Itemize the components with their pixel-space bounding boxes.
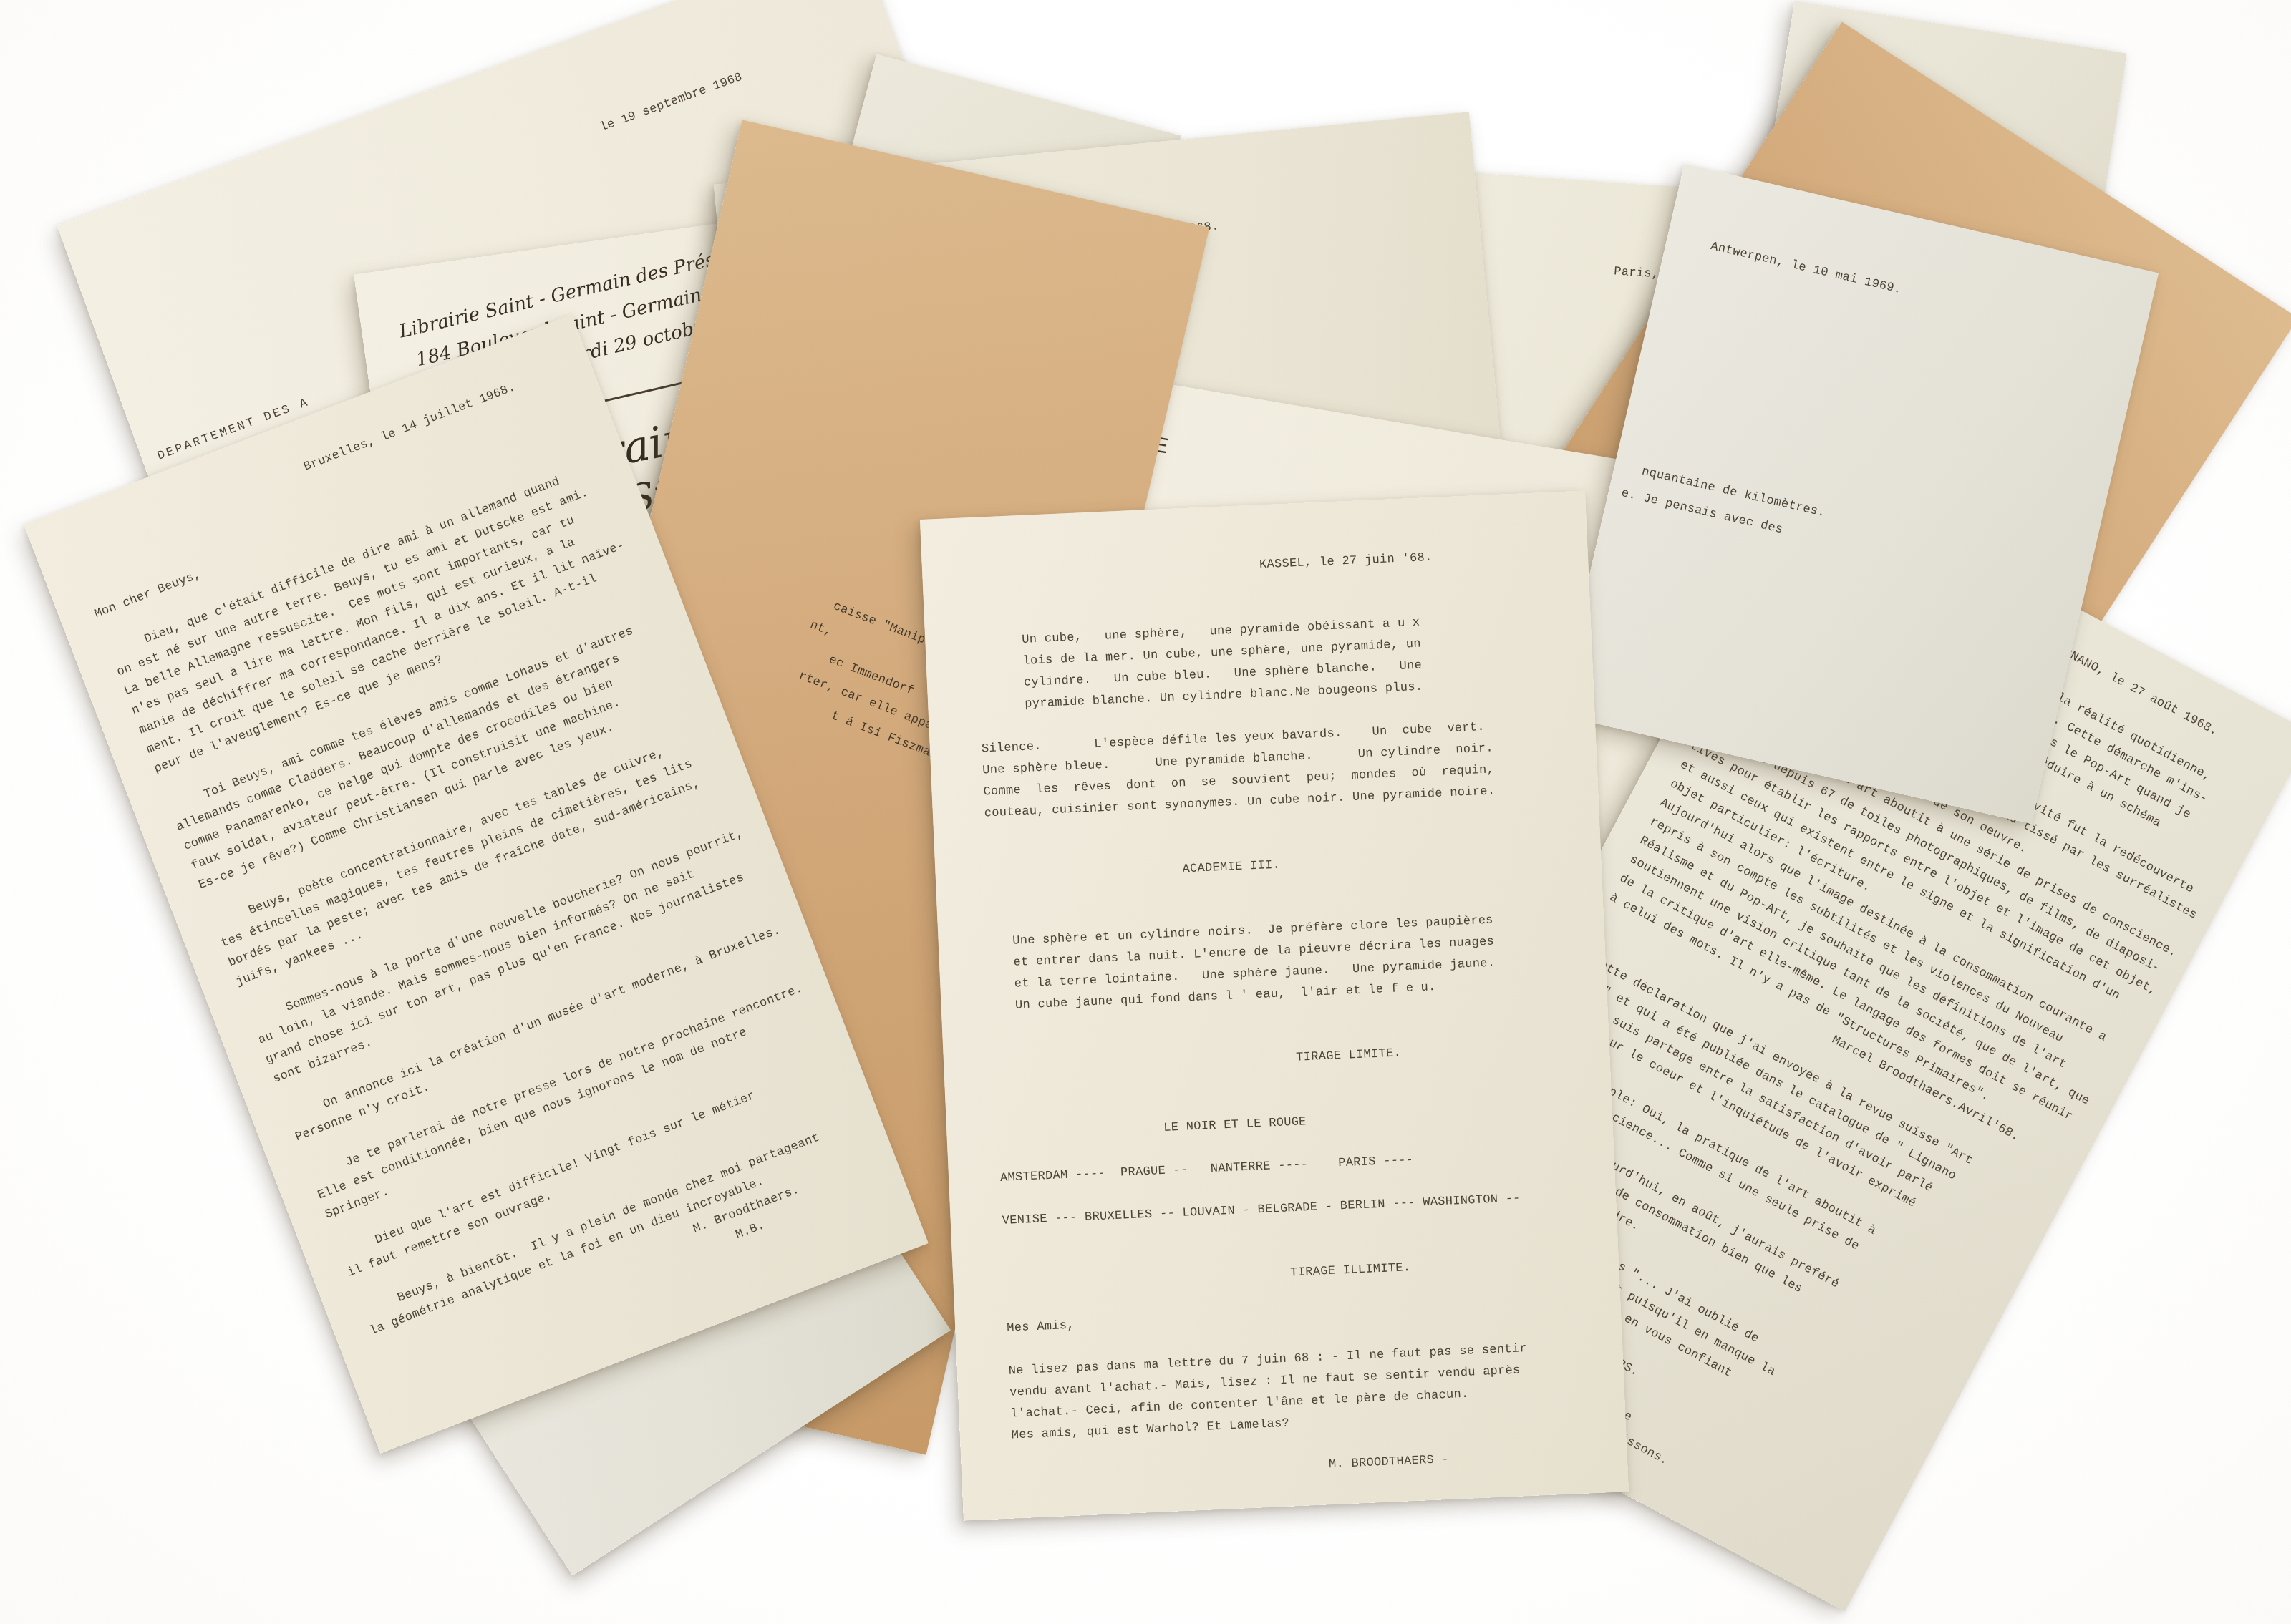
dept-letter-date: le 19 septembre 1968 (597, 67, 745, 138)
antwerpen-letter-date: Antwerpen, le 10 mai 1969. (1708, 236, 1904, 301)
photograph-of-letters: le 19 septembre 1968 DEPARTEMENT DES A .… (0, 0, 2291, 1624)
antwerpen-letter-lines: nquantaine de kilomètres.e. Je pensais a… (1619, 456, 1828, 552)
kassel-letter-lines: KASSEL, le 27 juin '68. Un cube, une sph… (974, 541, 1613, 1489)
kassel-letter-sheet: KASSEL, le 27 juin '68. Un cube, une sph… (920, 490, 1629, 1520)
